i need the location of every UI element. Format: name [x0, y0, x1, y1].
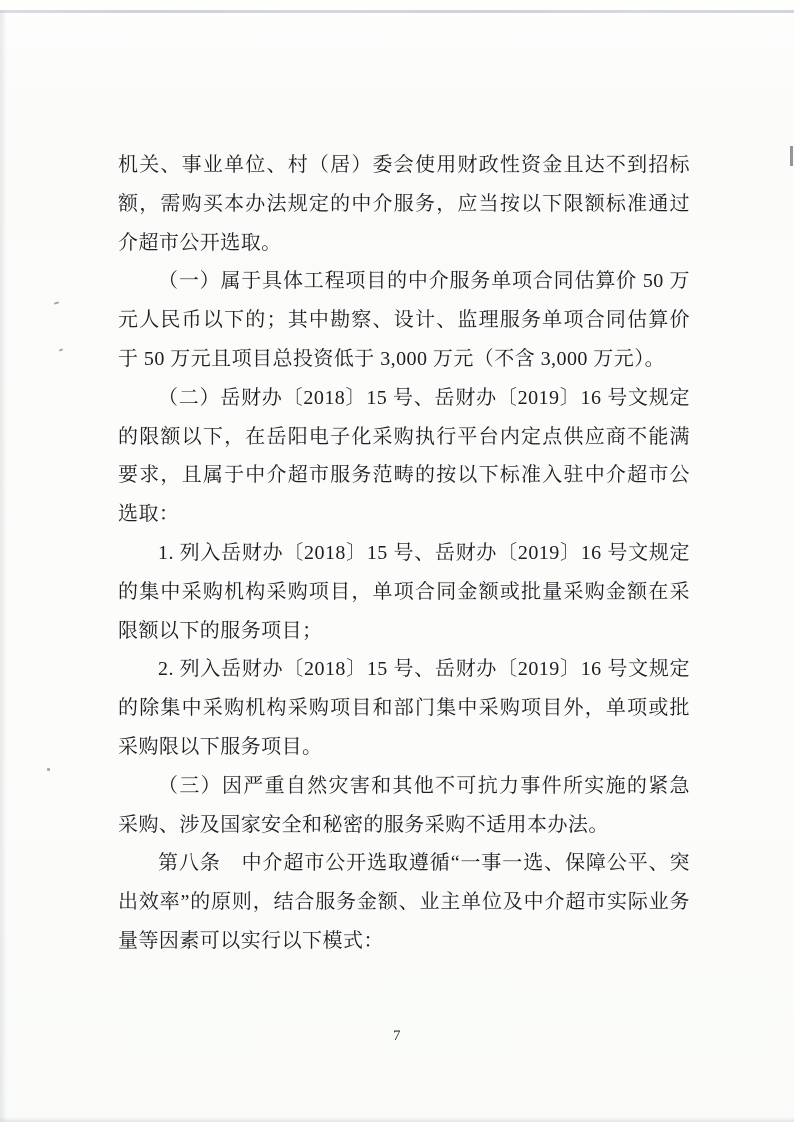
text-line: 于 50 万元且项目总投资低于 3,000 万元（不含 3,000 万元）。 [118, 340, 690, 379]
scan-speck [790, 146, 793, 166]
text-line: 的集中采购机构采购项目，单项合同金额或批量采购金额在采购 [118, 573, 690, 612]
text-line: 额，需购买本办法规定的中介服务，应当按以下限额标准通过中 [118, 185, 690, 224]
text-line: 元人民币以下的；其中勘察、设计、监理服务单项合同估算价低 [118, 301, 690, 340]
scan-edge-top [0, 10, 794, 13]
text-line: 量等因素可以实行以下模式： [118, 922, 690, 961]
text-line: 2. 列入岳财办〔2018〕15 号、岳财办〔2019〕16 号文规定 [118, 650, 690, 689]
text-line: （一）属于具体工程项目的中介服务单项合同估算价 50 万 [118, 262, 690, 301]
text-line: 的除集中采购机构采购项目和部门集中采购项目外，单项或批量 [118, 689, 690, 728]
text-line: 采购限以下服务项目。 [118, 728, 690, 767]
text-line: 的限额以下，在岳阳电子化采购执行平台内定点供应商不能满足 [118, 418, 690, 457]
page-number: 7 [0, 1028, 794, 1045]
text-line: 1. 列入岳财办〔2018〕15 号、岳财办〔2019〕16 号文规定 [118, 534, 690, 573]
scan-edge-bottom [0, 1117, 794, 1122]
text-line: 限额以下的服务项目； [118, 612, 690, 651]
text-line: 出效率”的原则，结合服务金额、业主单位及中介超市实际业务 [118, 883, 690, 922]
text-line: （三）因严重自然灾害和其他不可抗力事件所实施的紧急 [118, 767, 690, 806]
text-line: 第八条 中介超市公开选取遵循“一事一选、保障公平、突 [118, 844, 690, 883]
scan-speck [47, 768, 50, 771]
text-line: （二）岳财办〔2018〕15 号、岳财办〔2019〕16 号文规定 [118, 379, 690, 418]
text-line: 要求，且属于中介超市服务范畴的按以下标准入驻中介超市公开 [118, 456, 690, 495]
document-body: 机关、事业单位、村（居）委会使用财政性资金且达不到招标限 额，需购买本办法规定的… [118, 146, 690, 961]
text-line: 介超市公开选取。 [118, 224, 690, 263]
scan-edge-left [0, 10, 7, 1122]
text-line: 采购、涉及国家安全和秘密的服务采购不适用本办法。 [118, 806, 690, 845]
text-line: 机关、事业单位、村（居）委会使用财政性资金且达不到招标限 [118, 146, 690, 185]
text-line: 选取： [118, 495, 690, 534]
